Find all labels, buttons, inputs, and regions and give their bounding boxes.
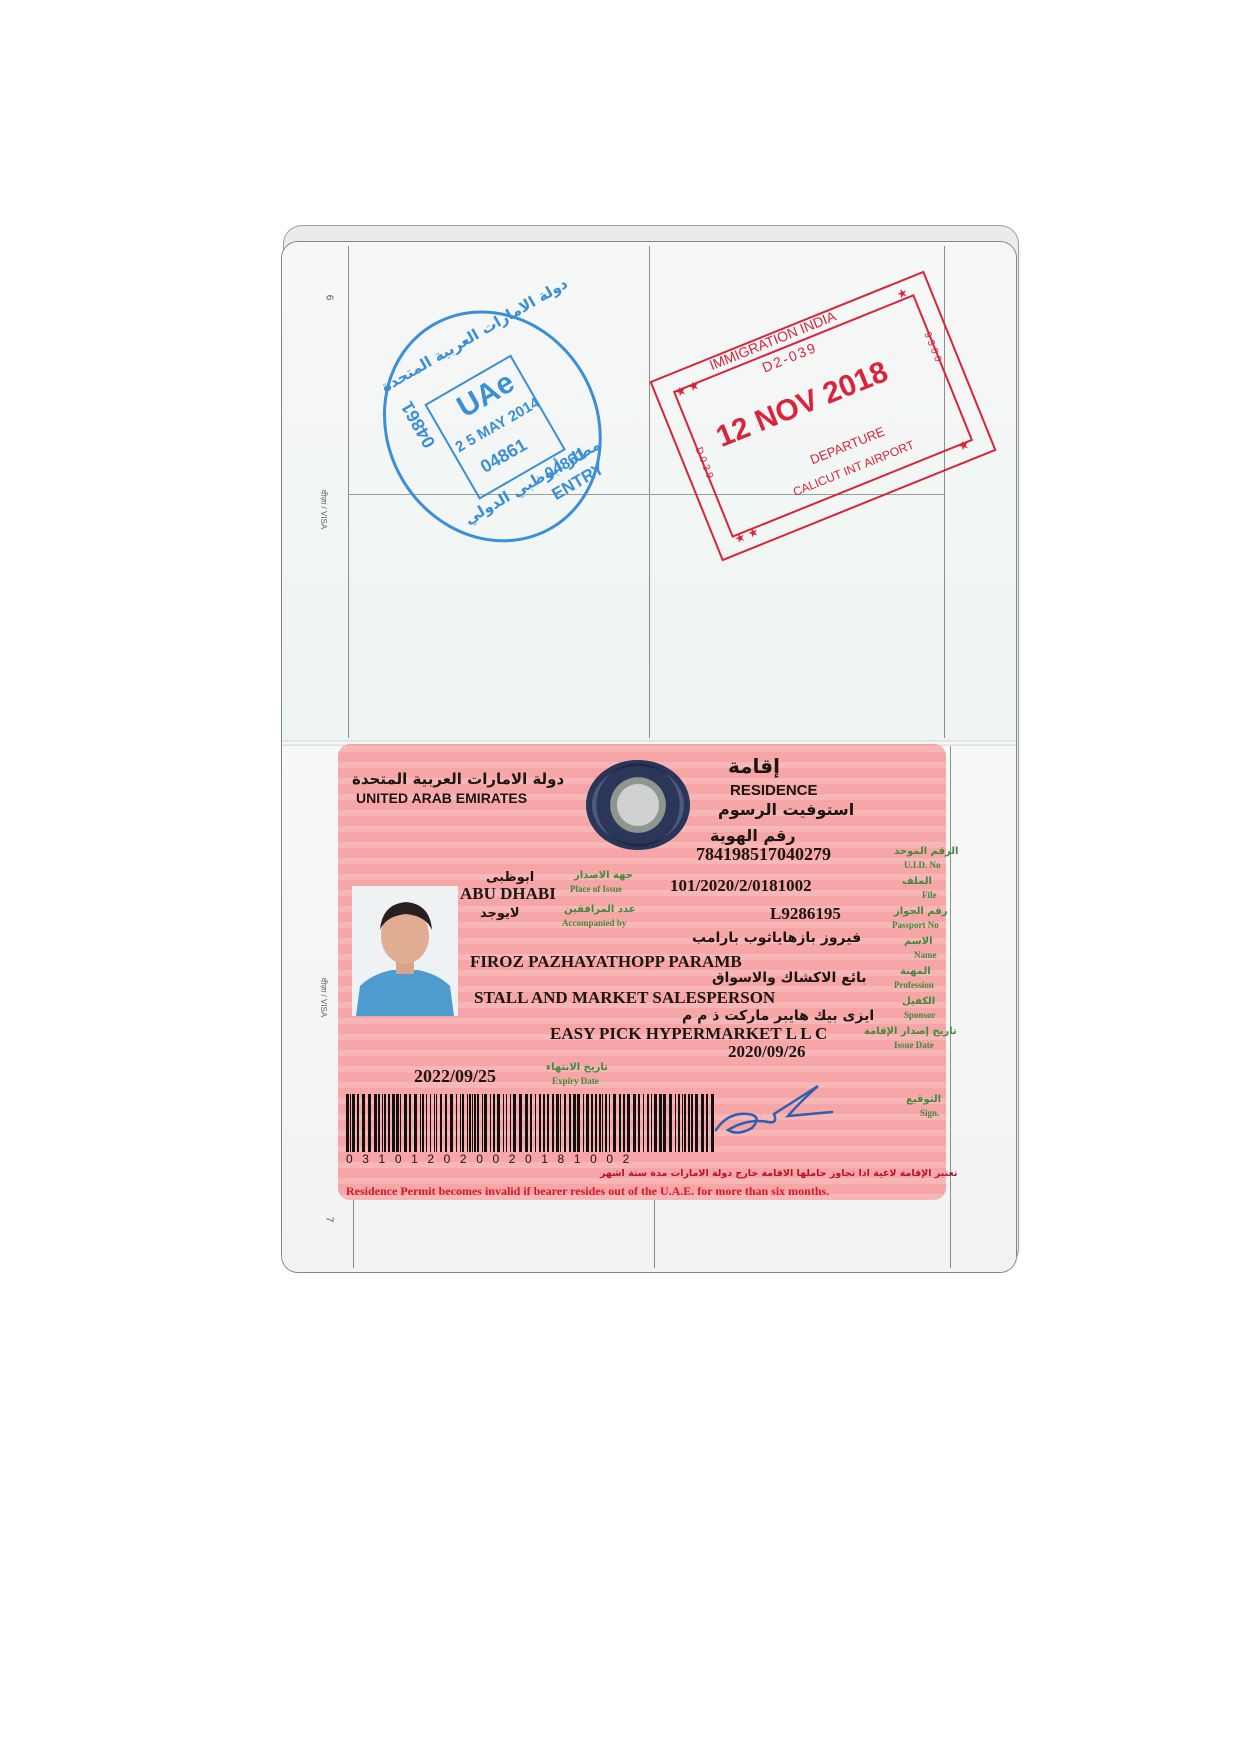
sign-label-en: Sign. (920, 1108, 939, 1118)
sponsor-english: EASY PICK HYPERMARKET L L C (550, 1024, 827, 1044)
uae-hologram-seal-icon (586, 760, 690, 850)
uid-number: 784198517040279 (696, 844, 831, 865)
profession-arabic: بائع الاكشاك والاسواق (712, 970, 867, 986)
visa-label-top: वीज़ा / VISA (318, 490, 329, 529)
profession-english: STALL AND MARKET SALESPERSON (474, 988, 775, 1008)
sign-label-ar: التوقيع (906, 1094, 941, 1105)
holder-signature (708, 1072, 848, 1142)
visa-label-bottom: वीज़ा / VISA (318, 978, 329, 1017)
place-of-issue-label-ar: جهة الاصدار (574, 870, 633, 881)
place-of-issue-english: ABU DHABI (460, 884, 556, 904)
expiry-label-ar: تاريخ الانتهاء (546, 1062, 608, 1073)
grid-line (950, 746, 951, 1268)
sponsor-label-ar: الكفيل (902, 996, 935, 1007)
warning-english: Residence Permit becomes invalid if bear… (346, 1184, 829, 1199)
passport-number: L9286195 (770, 904, 841, 924)
accompanied-label-en: Accompanied by (562, 918, 626, 928)
name-arabic: فيروز بازهاياثوب بارامب (692, 930, 861, 946)
person-photo-icon (352, 886, 458, 1016)
name-english: FIROZ PAZHAYATHOPP PARAMB (470, 952, 742, 972)
profession-label-ar: المهنة (900, 966, 931, 977)
residence-permit-card: دولة الامارات العربية المتحدة UNITED ARA… (338, 744, 946, 1200)
expiry-date: 2022/09/25 (414, 1066, 496, 1087)
grid-line (649, 246, 650, 738)
place-of-issue-label-en: Place of Issue (570, 884, 622, 894)
name-label-en: Name (914, 950, 937, 960)
name-label-ar: الاسم (904, 936, 933, 947)
country-name-arabic: دولة الامارات العربية المتحدة (352, 770, 564, 788)
fees-paid-note: استوفيت الرسوم (718, 800, 854, 819)
page-number-top: 6 (323, 295, 334, 301)
accompanied-label-ar: عدد المرافقين (564, 904, 636, 915)
profession-label-en: Profession (894, 980, 934, 990)
place-of-issue-arabic: ابوظبى (486, 870, 534, 885)
page-number-bottom: 7 (323, 1217, 334, 1223)
file-label-en: File (922, 890, 937, 900)
barcode (346, 1094, 716, 1152)
sponsor-arabic: ايزى بيك هايبر ماركت ذ م م (682, 1008, 874, 1024)
file-label-ar: الملف (902, 876, 932, 887)
id-number-label: رقم الهوية (710, 826, 796, 845)
passport-label-en: Passport No (892, 920, 939, 930)
issue-date-label-ar: تاريخ إصدار الإقامة (864, 1026, 957, 1037)
title-arabic: إقامة (728, 754, 780, 778)
warning-arabic: تعتبر الإقامة لاغية اذا تجاوز حاملها الا… (600, 1168, 957, 1179)
grid-line (348, 246, 349, 738)
file-number: 101/2020/2/0181002 (670, 876, 812, 896)
holder-photo (352, 886, 458, 1016)
expiry-label-en: Expiry Date (552, 1076, 599, 1086)
issue-date-label-en: Issue Date (894, 1040, 934, 1050)
uid-label-ar: الرقم الموحد (894, 846, 958, 857)
issue-date: 2020/09/26 (728, 1042, 805, 1062)
passport-label-ar: رقم الجواز (894, 906, 947, 917)
country-name-english: UNITED ARAB EMIRATES (356, 790, 527, 806)
title-english: RESIDENCE (730, 782, 818, 799)
sponsor-label-en: Sponsor (904, 1010, 936, 1020)
accompanied-by-value: لايوجد (480, 906, 520, 921)
barcode-digits: 031012020020181002 (346, 1152, 716, 1166)
uid-label-en: U.I.D. No (904, 860, 941, 870)
